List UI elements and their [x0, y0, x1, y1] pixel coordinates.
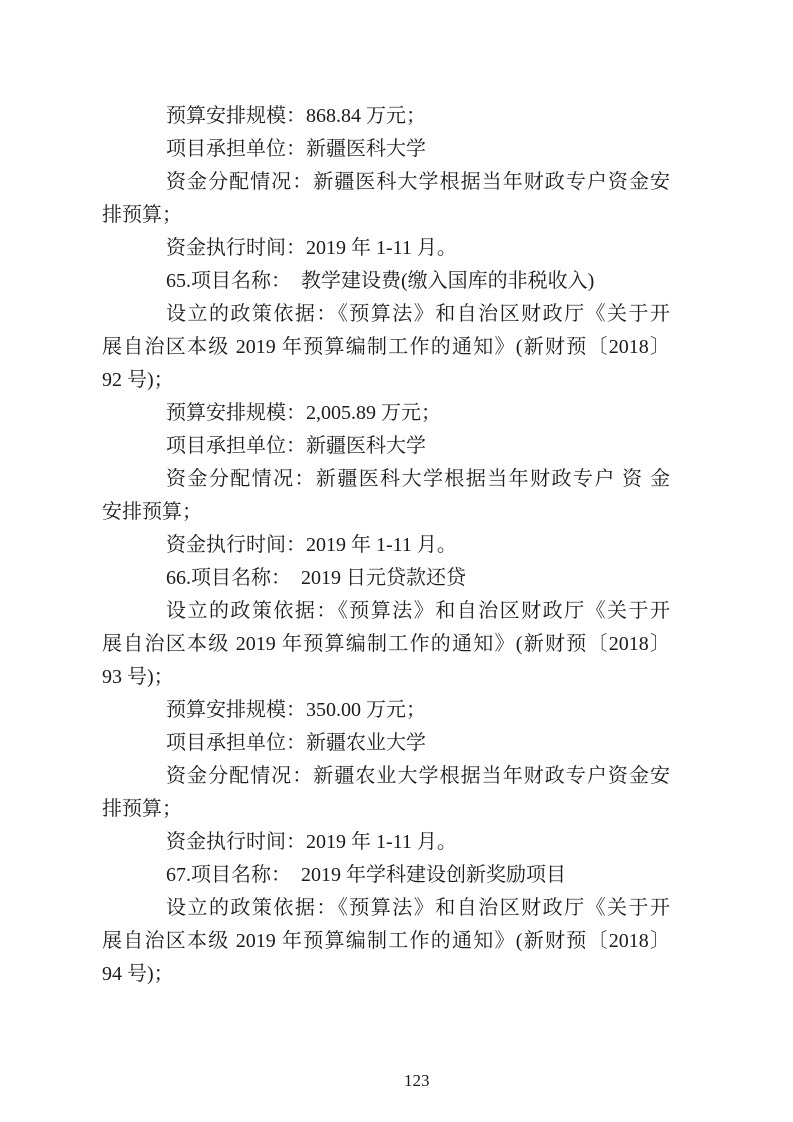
document-page: 预算安排规模：868.84 万元； 项目承担单位：新疆医科大学 资金分配情况：新…: [0, 0, 793, 1122]
doc-line: 93 号)；: [102, 661, 670, 694]
doc-line: 资金分配情况：新疆医科大学根据当年财政专户 资 金: [102, 463, 670, 496]
doc-line: 92 号)；: [102, 364, 670, 397]
doc-line: 项目承担单位：新疆农业大学: [102, 727, 670, 760]
document-body: 预算安排规模：868.84 万元； 项目承担单位：新疆医科大学 资金分配情况：新…: [102, 100, 670, 991]
doc-line: 资金执行时间：2019 年 1-11 月。: [102, 232, 670, 265]
doc-line: 65.项目名称： 教学建设费(缴入国库的非税收入): [102, 265, 670, 298]
doc-line: 预算安排规模：350.00 万元；: [102, 694, 670, 727]
doc-line: 排预算；: [102, 199, 670, 232]
doc-line: 资金分配情况：新疆农业大学根据当年财政专户资金安: [102, 760, 670, 793]
doc-line: 安排预算；: [102, 496, 670, 529]
doc-line: 展自治区本级 2019 年预算编制工作的通知》(新财预〔2018〕: [102, 331, 670, 364]
doc-line: 项目承担单位：新疆医科大学: [102, 133, 670, 166]
doc-line: 94 号)；: [102, 958, 670, 991]
doc-line: 资金分配情况：新疆医科大学根据当年财政专户资金安: [102, 166, 670, 199]
doc-line: 设立的政策依据：《预算法》和自治区财政厅《关于开: [102, 892, 670, 925]
doc-line: 67.项目名称： 2019 年学科建设创新奖励项目: [102, 859, 670, 892]
doc-line: 排预算；: [102, 793, 670, 826]
doc-line: 资金执行时间：2019 年 1-11 月。: [102, 826, 670, 859]
doc-line: 展自治区本级 2019 年预算编制工作的通知》(新财预〔2018〕: [102, 628, 670, 661]
doc-line: 66.项目名称： 2019 日元贷款还贷: [102, 562, 670, 595]
doc-line: 预算安排规模：2,005.89 万元；: [102, 397, 670, 430]
doc-line: 项目承担单位：新疆医科大学: [102, 430, 670, 463]
doc-line: 预算安排规模：868.84 万元；: [102, 100, 670, 133]
doc-line: 展自治区本级 2019 年预算编制工作的通知》(新财预〔2018〕: [102, 925, 670, 958]
page-number: 123: [404, 1070, 430, 1092]
doc-line: 设立的政策依据：《预算法》和自治区财政厅《关于开: [102, 298, 670, 331]
doc-line: 设立的政策依据：《预算法》和自治区财政厅《关于开: [102, 595, 670, 628]
doc-line: 资金执行时间：2019 年 1-11 月。: [102, 529, 670, 562]
